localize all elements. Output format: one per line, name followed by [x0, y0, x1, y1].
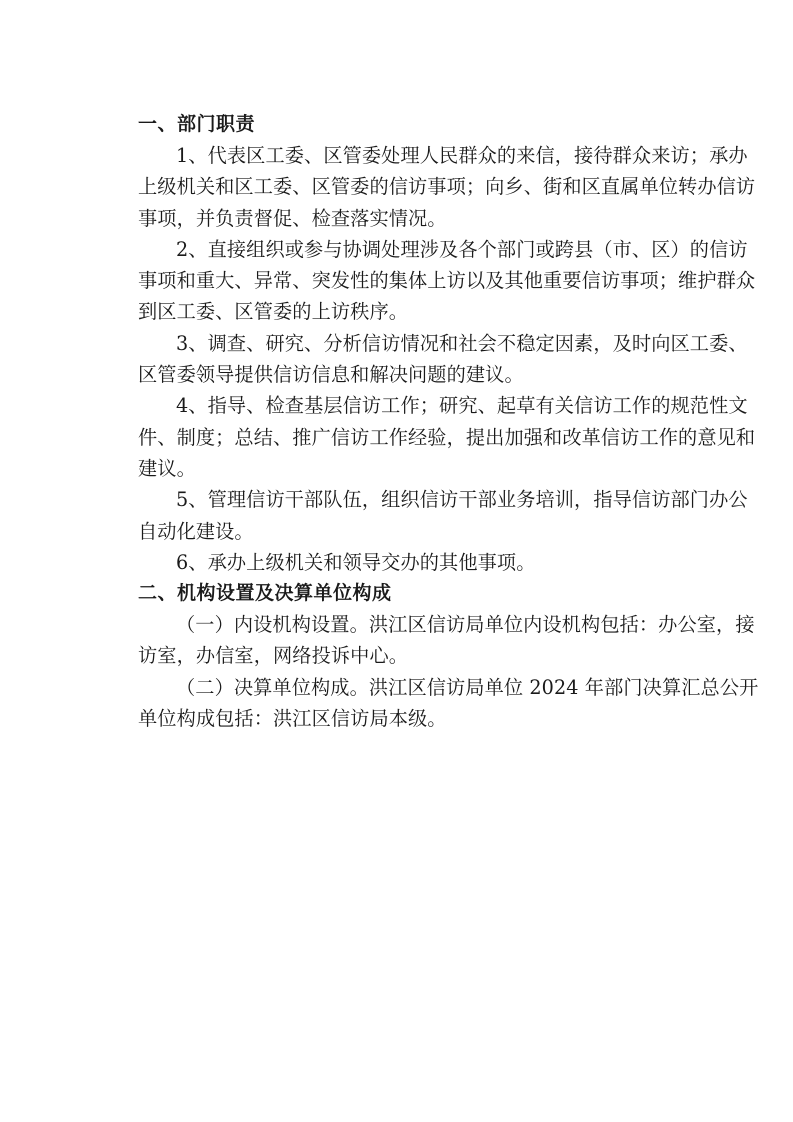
text-line: 4、指导、检查基层信访工作；研究、起草有关信访工作的规范性文 — [100, 390, 698, 421]
text-line: 事项，并负责督促、检查落实情况。 — [100, 203, 698, 234]
text-line: 上级机关和区工委、区管委的信访事项；向乡、街和区直属单位转办信访 — [100, 171, 698, 202]
text-line: 建议。 — [100, 453, 698, 484]
text-line: 自动化建设。 — [100, 516, 698, 547]
duty-item-3: 3、调查、研究、分析信访情况和社会不稳定因素，及时向区工委、 区管委领导提供信访… — [100, 328, 698, 391]
document-page: 一、部门职责 1、代表区工委、区管委处理人民群众的来信，接待群众来访；承办 上级… — [100, 109, 698, 734]
text-line: 2、直接组织或参与协调处理涉及各个部门或跨县（市、区）的信访 — [100, 234, 698, 265]
text-line: 5、管理信访干部队伍，组织信访干部业务培训，指导信访部门办公 — [100, 484, 698, 515]
text-line: （二）决算单位构成。洪江区信访局单位 2024 年部门决算汇总公开 — [100, 672, 698, 703]
text-line: 访室，办信室，网络投诉中心。 — [100, 640, 698, 671]
text-line: 件、制度；总结、推广信访工作经验，提出加强和改革信访工作的意见和 — [100, 422, 698, 453]
text-line: （一）内设机构设置。洪江区信访局单位内设机构包括：办公室，接 — [100, 609, 698, 640]
text-line: 3、调查、研究、分析信访情况和社会不稳定因素，及时向区工委、 — [100, 328, 698, 359]
duty-item-6: 6、承办上级机关和领导交办的其他事项。 — [100, 547, 698, 578]
org-item-budget-units: （二）决算单位构成。洪江区信访局单位 2024 年部门决算汇总公开 单位构成包括… — [100, 672, 698, 735]
text-line: 单位构成包括：洪江区信访局本级。 — [100, 703, 698, 734]
text-line: 事项和重大、异常、突发性的集体上访以及其他重要信访事项；维护群众 — [100, 265, 698, 296]
duty-item-4: 4、指导、检查基层信访工作；研究、起草有关信访工作的规范性文 件、制度；总结、推… — [100, 390, 698, 484]
duty-item-5: 5、管理信访干部队伍，组织信访干部业务培训，指导信访部门办公 自动化建设。 — [100, 484, 698, 547]
duty-item-2: 2、直接组织或参与协调处理涉及各个部门或跨县（市、区）的信访 事项和重大、异常、… — [100, 234, 698, 328]
text-line: 到区工委、区管委的上访秩序。 — [100, 296, 698, 327]
text-line: 区管委领导提供信访信息和解决问题的建议。 — [100, 359, 698, 390]
section-heading-department-duties: 一、部门职责 — [100, 109, 698, 140]
duty-item-1: 1、代表区工委、区管委处理人民群众的来信，接待群众来访；承办 上级机关和区工委、… — [100, 140, 698, 234]
text-line: 6、承办上级机关和领导交办的其他事项。 — [100, 547, 698, 578]
section-heading-organization: 二、机构设置及决算单位构成 — [100, 578, 698, 609]
text-line: 1、代表区工委、区管委处理人民群众的来信，接待群众来访；承办 — [100, 140, 698, 171]
org-item-internal-structure: （一）内设机构设置。洪江区信访局单位内设机构包括：办公室，接 访室，办信室，网络… — [100, 609, 698, 672]
